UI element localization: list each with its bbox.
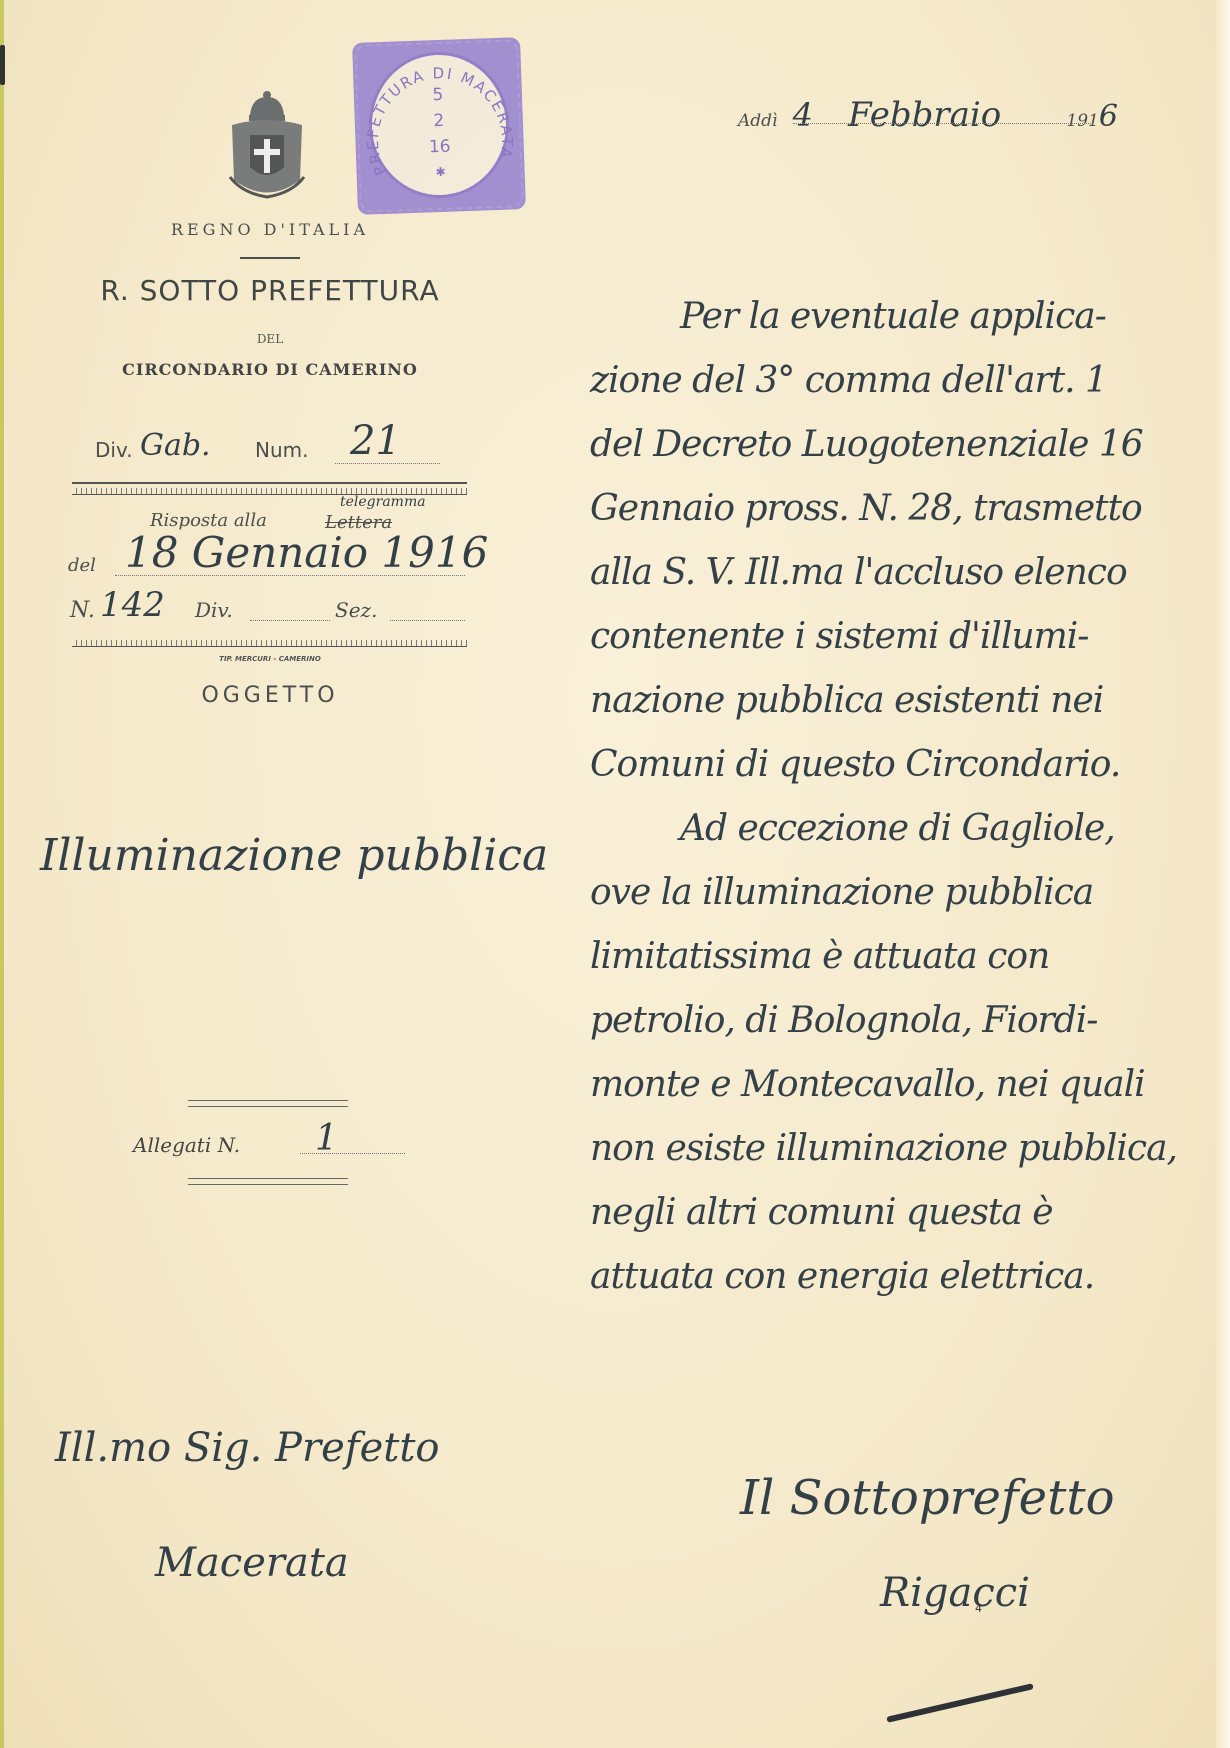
risposta-value: telegramma: [340, 494, 426, 510]
addressee-line1: Ill.mo Sig. Prefetto: [55, 1425, 439, 1471]
allegati-label: Allegati N.: [133, 1133, 240, 1157]
del-field-label: del: [68, 555, 96, 576]
page-edge-right: [1216, 0, 1230, 1748]
kingdom-label: REGNO D'ITALIA: [60, 220, 480, 239]
oggetto-label: OGGETTO: [60, 683, 480, 708]
signature-name: Rigacci: [880, 1570, 1030, 1616]
office-title: R. SOTTO PREFETTURA: [60, 274, 480, 307]
svg-text:PREFETTURA DI MACERATA: PREFETTURA DI MACERATA: [361, 62, 517, 179]
body-line: ove la illuminazione pubblica: [590, 861, 1210, 925]
page-edge-left: [0, 0, 4, 1748]
n-value: 142: [100, 585, 165, 625]
prefettura-stamp: 5 2 16 ✱ PREFETTURA DI MACERATA: [352, 37, 526, 215]
wavy-divider-2: [72, 640, 467, 647]
body-line: limitatissima è attuata con: [590, 925, 1210, 989]
num-label: Num.: [255, 438, 308, 462]
district-label: CIRCONDARIO DI CAMERINO: [60, 360, 480, 379]
page-number: 4: [975, 1602, 982, 1615]
body-line: alla S. V. Ill.ma l'accluso elenco: [590, 541, 1210, 605]
body-line: Gennaio pross. N. 28, trasmetto: [590, 477, 1210, 541]
div2-label: Div.: [195, 598, 233, 622]
body-line: attuata con energia elettrica.: [590, 1245, 1210, 1309]
addressee-line2: Macerata: [155, 1540, 349, 1586]
body-line: zione del 3° comma dell'art. 1: [590, 349, 1210, 413]
coat-of-arms-icon: [222, 85, 312, 205]
body-line: Comuni di questo Circondario.: [590, 733, 1210, 797]
signature-underline: [886, 1683, 1034, 1723]
body-line: Ad eccezione di Gagliole,: [590, 797, 1210, 861]
oggetto-value: Illuminazione pubblica: [40, 830, 548, 881]
body-line: monte e Montecavallo, nei quali: [590, 1053, 1210, 1117]
date-line: Addì 4 Febbraio 1916: [738, 95, 1118, 135]
del-field-value: 18 Gennaio 1916: [125, 528, 488, 577]
div-label: Div.: [95, 438, 133, 462]
body-line: del Decreto Luogotenenziale 16: [590, 413, 1210, 477]
body-line: nazione pubblica esistenti nei: [590, 669, 1210, 733]
body-line: contenente i sistemi d'illumi-: [590, 605, 1210, 669]
del-label: DEL: [60, 332, 480, 346]
date-year-printed: 191: [1066, 111, 1098, 131]
num-value: 21: [350, 418, 401, 464]
printer-credit: TIP. MERCURI - CAMERINO: [60, 655, 480, 663]
stamp-text: PREFETTURA DI MACERATA: [361, 62, 517, 179]
allegati-value: 1: [315, 1118, 338, 1159]
body-line: petrolio, di Bolognola, Fiordi-: [590, 989, 1210, 1053]
body-line: Per la eventuale applica-: [590, 285, 1210, 349]
date-prefix: Addì: [738, 111, 777, 131]
body-line: non esiste illuminazione pubblica,: [590, 1117, 1210, 1181]
divider: [240, 257, 300, 259]
page-binding-mark: [0, 45, 5, 85]
date-month: Febbraio: [848, 95, 1001, 135]
date-year-hand: 6: [1099, 99, 1118, 134]
signature-title: Il Sottoprefetto: [740, 1470, 1115, 1526]
date-day: 4: [793, 96, 813, 134]
letter-body: Per la eventuale applica- zione del 3° c…: [590, 285, 1210, 1309]
div-value: Gab.: [140, 428, 211, 463]
n-label: N.: [70, 598, 95, 623]
sez-label: Sez.: [335, 598, 377, 622]
body-line: negli altri comuni questa è: [590, 1181, 1210, 1245]
